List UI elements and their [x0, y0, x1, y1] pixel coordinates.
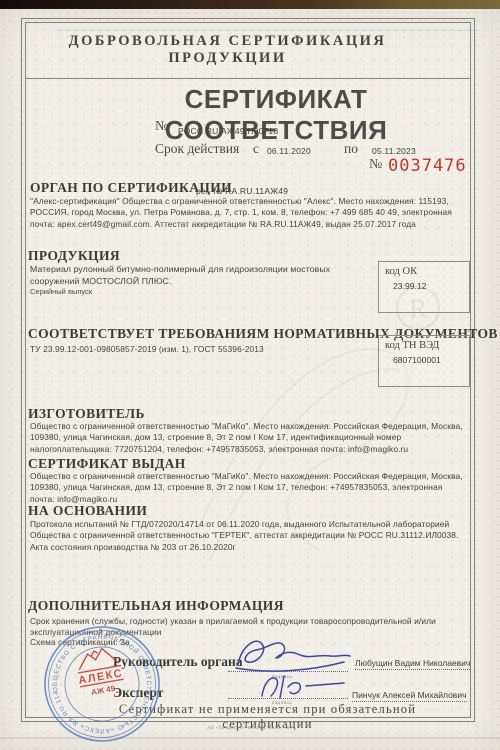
cert-number-label: № [155, 119, 168, 135]
certification-body-stamp: ОБЩЕСТВО С ОГРАНИЧЕННОЙ ОТВЕТСТВЕННОСТЬЮ… [30, 612, 174, 750]
additional-heading: ДОПОЛНИТЕЛЬНАЯ ИНФОРМАЦИЯ [28, 598, 284, 614]
code-ok-label: код ОК [379, 262, 469, 277]
product-heading: ПРОДУКЦИЯ [28, 248, 120, 264]
code-ok-value: 23.99.12 [379, 277, 469, 291]
code-ok-box: код ОК 23.99.12 [378, 261, 470, 313]
product-text: Материал рулонный битумно-полимерный для… [30, 264, 350, 287]
code-tnved-label: код ТН ВЭД [379, 336, 469, 351]
head-name: Любущин Вадим Николаевич [355, 658, 470, 670]
manufacturer-heading: ИЗГОТОВИТЕЛЬ [28, 406, 145, 422]
band-title: ДОБРОВОЛЬНАЯ СЕРТИФИКАЦИЯ ПРОДУКЦИИ [30, 33, 425, 67]
blank-number-label: № [369, 157, 382, 173]
product-serial: Серийный выпуск [30, 287, 92, 296]
issued-heading: СЕРТИФИКАТ ВЫДАН [28, 456, 186, 472]
organ-reg-number: рег. № RA.RU.11АЖ49 [196, 186, 288, 196]
compliance-text: ТУ 23.99.12-001-09805857-2019 (изм. 1), … [30, 344, 360, 355]
stamp-logo-text: АЛЕКС [78, 667, 125, 687]
paper-bottom-shadow [0, 737, 500, 739]
manufacturer-text: Общество с ограниченной ответственностью… [30, 421, 469, 455]
page-title: СЕРТИФИКАТ СООТВЕТСТВИЯ [80, 84, 472, 146]
validity-to-label: по [344, 141, 358, 157]
certificate-page: R ДОБРОВОЛЬНАЯ СЕРТИФИКАЦИЯ ПРОДУКЦИИ СЕ… [0, 0, 500, 750]
issued-text: Общество с ограниченной ответственностью… [30, 471, 469, 505]
basis-heading: НА ОСНОВАНИИ [28, 503, 147, 519]
basis-text: Протокола испытаний № ГТД/072020/14714 о… [30, 519, 469, 553]
code-tnved-box: код ТН ВЭД 6807100001 [378, 335, 470, 387]
blank-number-value: 0037476 [388, 156, 467, 176]
photo-edge-bar [0, 0, 500, 9]
validity-to-date: 05.11.2023 [372, 146, 416, 156]
expert-signature-ink [244, 670, 354, 700]
organ-text: "Алекс-сертификация" Общества с ограниче… [30, 196, 467, 230]
stamp-logo-code: АЖ 49 [90, 684, 116, 697]
validity-from-label: с [253, 141, 259, 157]
header-divider-line [25, 78, 471, 79]
expert-name: Пинчук Алексей Михайлович [352, 690, 467, 702]
validity-label: Срок действия [155, 141, 239, 157]
code-tnved-value: 6807100001 [379, 351, 469, 365]
cert-number-value: РОСС RU.АЖ49.Н00718 [178, 126, 278, 136]
validity-from-date: 06.11.2020 [267, 146, 311, 156]
